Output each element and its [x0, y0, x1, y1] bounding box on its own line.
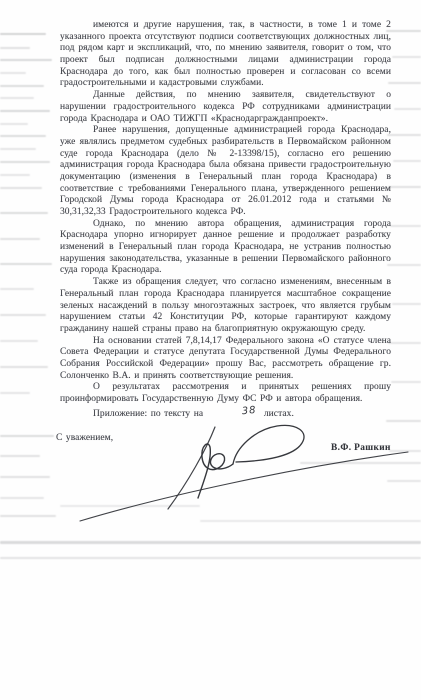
scan-streak [0, 366, 48, 368]
scan-streak [0, 435, 54, 437]
paragraph-4: Однако, по мнению автора обращения, адми… [60, 219, 391, 277]
scan-streak [0, 97, 34, 99]
paragraph-3: Ранее нарушения, допущенные администраци… [60, 125, 391, 219]
scan-streak [0, 497, 44, 499]
scan-streak [0, 47, 30, 49]
paragraph-7: О результатах рассмотрения и принятых ре… [60, 382, 391, 405]
scan-streak [394, 108, 421, 110]
paragraph-5: Также из обращения следует, что согласно… [60, 277, 391, 335]
scan-streak [200, 520, 421, 522]
scan-streak [0, 238, 40, 240]
scan-streak [0, 161, 50, 163]
scan-streak [0, 515, 56, 517]
attachment-line: Приложение: по тексту на38листах. [60, 408, 391, 421]
scan-streak [0, 557, 421, 559]
scan-streak [0, 135, 46, 137]
scan-streak [393, 160, 421, 162]
scan-streak [390, 225, 421, 227]
scan-streak [0, 85, 44, 87]
scan-streak [0, 392, 30, 394]
scan-streak [388, 82, 421, 84]
scan-streak [387, 480, 421, 482]
scanned-letter-page: имеются и другие нарушения, так, в частн… [0, 0, 421, 700]
scan-streak [0, 288, 34, 290]
attachment-prefix: Приложение: по тексту на [93, 409, 203, 419]
scan-streak [389, 450, 421, 452]
scan-streak [387, 134, 421, 136]
scan-streak [392, 56, 421, 58]
scan-streak [0, 59, 52, 61]
attachment-sheet-count-handwritten: 38 [209, 405, 258, 421]
scan-streak [0, 72, 26, 74]
signer-name: В.Ф. Рашкин [331, 443, 391, 453]
letter-body: имеются и другие нарушения, так, в частн… [60, 20, 391, 445]
scan-streak [0, 476, 50, 478]
paragraph-2: Данные действия, по мнению заявителя, св… [60, 90, 391, 125]
scan-streak [392, 303, 421, 305]
scan-streak [0, 455, 40, 457]
scan-streak [387, 264, 421, 266]
paragraph-6: На основании статей 7,8,14,17 Федерально… [60, 336, 391, 383]
scan-streak [0, 148, 36, 150]
scan-streak [0, 33, 46, 35]
scan-streak [300, 462, 421, 464]
scan-streak [386, 30, 421, 32]
scan-streak [0, 340, 38, 342]
scan-streak [0, 123, 28, 125]
scan-streak [0, 212, 48, 214]
scan-streak [0, 541, 421, 544]
scan-streak [0, 263, 52, 265]
scan-streak [391, 381, 421, 383]
scan-streak [0, 110, 50, 112]
scan-streak [0, 174, 30, 176]
scan-streak [0, 314, 46, 316]
scan-streak [0, 187, 42, 189]
scan-streak [388, 342, 421, 344]
scan-streak [60, 505, 200, 507]
scan-streak [386, 420, 421, 422]
paragraph-1: имеются и другие нарушения, так, в частн… [60, 20, 391, 90]
attachment-suffix: листах. [264, 409, 294, 419]
scan-streak [388, 186, 421, 188]
